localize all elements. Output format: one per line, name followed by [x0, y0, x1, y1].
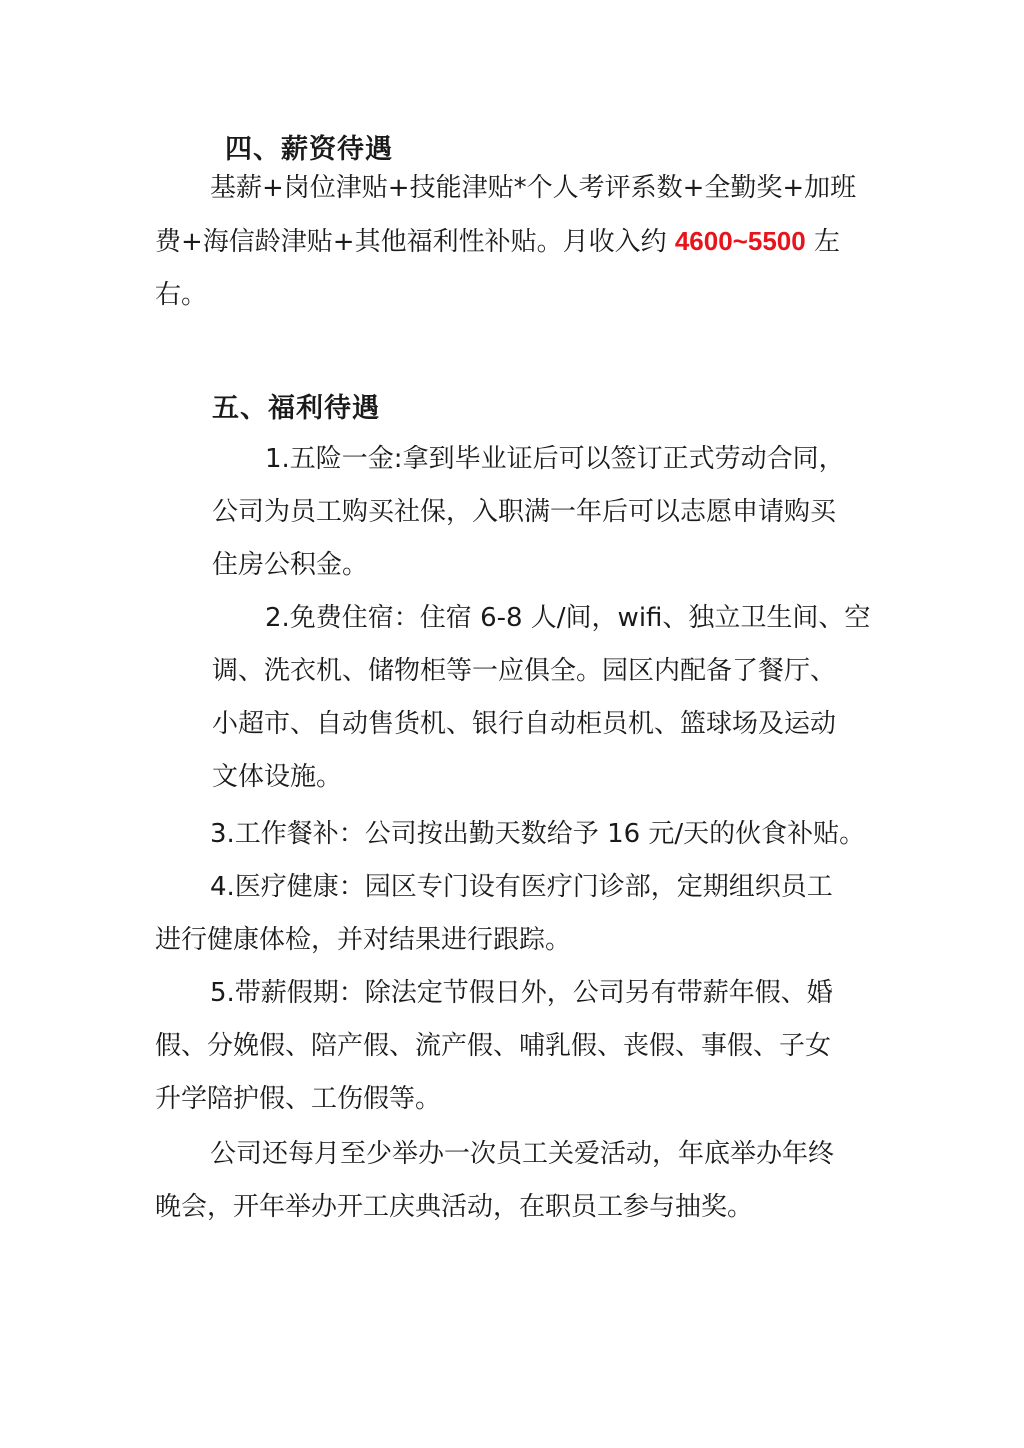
closing-paragraph: 公司还每月至少举办一次员工关爱活动，年底举办年终 晚会，开年举办开工庆典活动，在…: [155, 1128, 875, 1234]
benefit-item-2-line: 调、洗衣机、储物柜等一应俱全。园区内配备了餐厅、: [212, 645, 872, 698]
salary-line-1: 基薪+岗位津贴+技能津贴*个人考评系数+全勤奖+加班: [155, 162, 870, 215]
closing-line: 公司还每月至少举办一次员工关爱活动，年底举办年终: [155, 1128, 875, 1181]
benefit-item-1-line: 公司为员工购买社保，入职满一年后可以志愿申请购买: [212, 486, 872, 539]
benefit-item-5: 5.带薪假期：除法定节假日外，公司另有带薪年假、婚 假、分娩假、陪产假、流产假、…: [155, 967, 875, 1126]
benefit-item-1-line: 1.五险一金:拿到毕业证后可以签订正式劳动合同，: [212, 433, 872, 486]
salary-range-highlight: 4600~5500: [675, 226, 806, 256]
benefit-item-4-line: 4.医疗健康：园区专门设有医疗门诊部，定期组织员工: [155, 861, 875, 914]
section-heading-salary: 四、薪资待遇: [225, 127, 393, 166]
salary-line-3: 右。: [155, 269, 870, 322]
benefit-item-1-line: 住房公积金。: [212, 539, 872, 592]
benefit-item-3-line: 3.工作餐补：公司按出勤天数给予 16 元/天的伙食补贴。: [155, 808, 875, 861]
benefit-item-4-line: 进行健康体检，并对结果进行跟踪。: [155, 914, 875, 967]
benefit-item-2-line: 小超市、自动售货机、银行自动柜员机、篮球场及运动: [212, 698, 872, 751]
benefit-item-4: 4.医疗健康：园区专门设有医疗门诊部，定期组织员工 进行健康体检，并对结果进行跟…: [155, 861, 875, 967]
closing-line: 晚会，开年举办开工庆典活动，在职员工参与抽奖。: [155, 1181, 875, 1234]
benefit-item-3: 3.工作餐补：公司按出勤天数给予 16 元/天的伙食补贴。: [155, 808, 875, 861]
benefit-item-5-line: 5.带薪假期：除法定节假日外，公司另有带薪年假、婚: [155, 967, 875, 1020]
benefit-item-5-line: 升学陪护假、工伤假等。: [155, 1073, 875, 1126]
benefit-item-2-line: 2.免费住宿：住宿 6-8 人/间，wifi、独立卫生间、空: [212, 592, 872, 645]
benefit-item-2-line: 文体设施。: [212, 751, 872, 804]
salary-line-2: 费+海信龄津贴+其他福利性补贴。月收入约 4600~5500 左: [155, 215, 870, 269]
benefit-item-1: 1.五险一金:拿到毕业证后可以签订正式劳动合同， 公司为员工购买社保，入职满一年…: [212, 433, 872, 592]
benefit-item-2: 2.免费住宿：住宿 6-8 人/间，wifi、独立卫生间、空 调、洗衣机、储物柜…: [212, 592, 872, 804]
benefit-item-5-line: 假、分娩假、陪产假、流产假、哺乳假、丧假、事假、子女: [155, 1020, 875, 1073]
salary-paragraph: 基薪+岗位津贴+技能津贴*个人考评系数+全勤奖+加班 费+海信龄津贴+其他福利性…: [155, 162, 870, 322]
salary-text: 费+海信龄津贴+其他福利性补贴。月收入约: [155, 227, 675, 257]
salary-text-suffix: 左: [806, 227, 840, 257]
section-heading-benefits: 五、福利待遇: [212, 386, 380, 425]
